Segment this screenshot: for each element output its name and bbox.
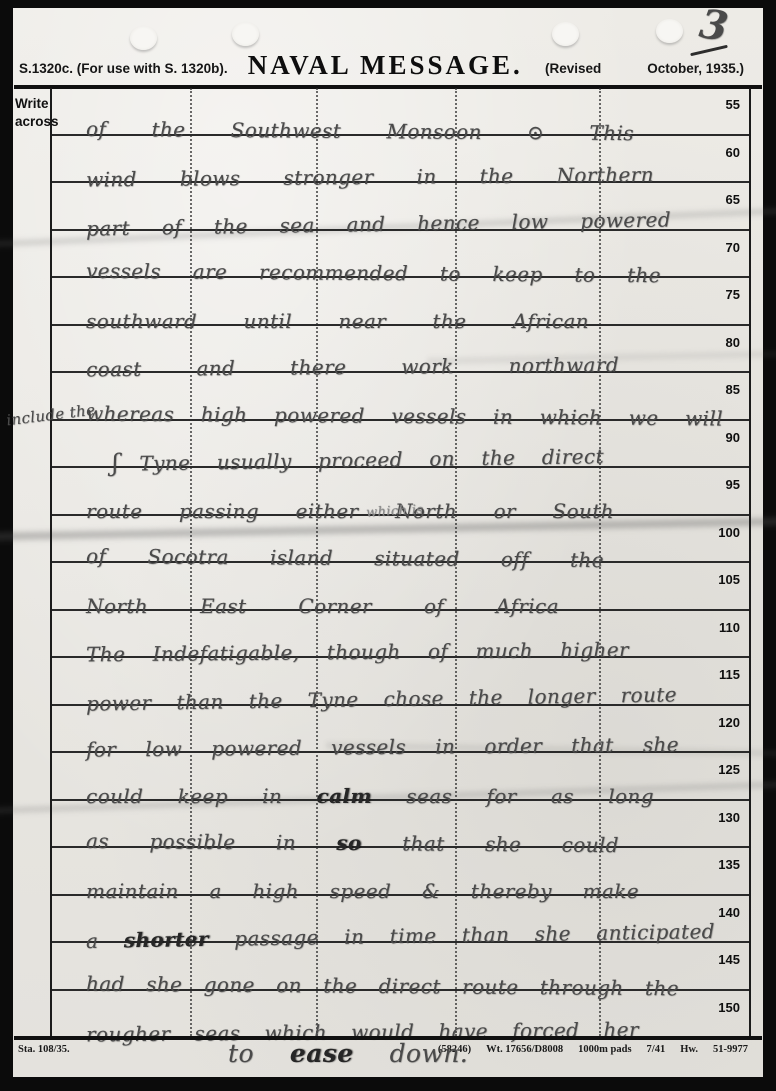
word: rougher bbox=[86, 1024, 171, 1045]
word: she bbox=[535, 923, 571, 944]
message-row: 135maintainahighspeed&therebymake bbox=[52, 848, 749, 896]
word: route bbox=[620, 684, 677, 705]
line-number: 95 bbox=[726, 477, 740, 492]
word: ease bbox=[290, 1039, 354, 1068]
message-row: 120forlowpoweredvesselsinorderthatshe bbox=[52, 706, 749, 754]
message-row: 55oftheSouthwestMonsoon⊙This bbox=[52, 88, 749, 136]
form-reference: S.1320c. (For use with S. 1320b). bbox=[19, 61, 228, 76]
message-row: 105NorthEastCornerofAfrica bbox=[52, 563, 749, 611]
line-number: 145 bbox=[718, 952, 740, 967]
message-table: 55oftheSouthwestMonsoon⊙This60windblowss… bbox=[50, 88, 751, 1036]
message-rows: 55oftheSouthwestMonsoon⊙This60windblowss… bbox=[52, 88, 749, 1036]
word: longer bbox=[528, 685, 596, 706]
footer-code-segment: Hw. bbox=[680, 1044, 698, 1055]
line-number: 100 bbox=[718, 525, 740, 540]
punch-hole bbox=[232, 22, 259, 46]
revised-date: October, 1935.) bbox=[647, 61, 744, 76]
footer-code-segment: 1000m pads bbox=[578, 1044, 631, 1055]
word: the bbox=[481, 448, 515, 469]
message-row: 90ʃTyneusuallyproceedonthedirectinclude … bbox=[52, 421, 749, 469]
footer-print-code: (58246)Wt. 17656/D80081000m pads7/41Hw.5… bbox=[438, 1044, 748, 1055]
word: to bbox=[228, 1039, 254, 1068]
message-row: 80coastandthereworknorthward bbox=[52, 326, 749, 374]
message-row: 85whereashighpoweredvesselsinwhichwewill bbox=[52, 373, 749, 421]
message-row: 65partoftheseaandhencelowpowered bbox=[52, 183, 749, 231]
message-row: 60windblowsstrongerintheNorthern bbox=[52, 136, 749, 184]
interline-insertion: which is bbox=[365, 502, 423, 520]
line-number: 150 bbox=[718, 1000, 740, 1015]
message-row: 145hadshegoneonthedirectroutethroughthe bbox=[52, 943, 749, 991]
line-number: 125 bbox=[718, 762, 740, 777]
line-number: 75 bbox=[726, 287, 740, 302]
scanned-naval-message-page: 3 S.1320c. (For use with S. 1320b). NAVA… bbox=[0, 0, 776, 1091]
line-number: 105 bbox=[718, 572, 740, 587]
footer-code-segment: 7/41 bbox=[647, 1044, 666, 1055]
line-number: 90 bbox=[726, 430, 740, 445]
word: on bbox=[429, 448, 455, 468]
line-number: 80 bbox=[726, 335, 740, 350]
write-across-label: Write across bbox=[15, 95, 55, 131]
line-number: 85 bbox=[726, 382, 740, 397]
word: powered bbox=[580, 209, 671, 230]
line-number: 140 bbox=[718, 905, 740, 920]
line-number: 55 bbox=[726, 97, 740, 112]
footer-code-segment: 51-9977 bbox=[713, 1044, 748, 1055]
line-number: 115 bbox=[719, 667, 740, 682]
line-number: 110 bbox=[719, 620, 740, 635]
message-row: 75southwarduntilneartheAfrican bbox=[52, 278, 749, 326]
line-number: 65 bbox=[726, 192, 740, 207]
word: than bbox=[462, 924, 510, 945]
message-row: 70vesselsarerecommendedtokeeptothe bbox=[52, 231, 749, 279]
form-title: NAVAL MESSAGE. bbox=[248, 50, 523, 81]
message-row: 110TheIndefatigable,thoughofmuchhigher bbox=[52, 611, 749, 659]
punch-hole bbox=[656, 19, 683, 43]
message-row: 140ashorterpassageintimethansheanticipat… bbox=[52, 896, 749, 944]
line-number: 60 bbox=[726, 145, 740, 160]
word: down. bbox=[390, 1039, 469, 1068]
message-row: 130aspossibleinsothatshecould bbox=[52, 801, 749, 849]
word: anticipated bbox=[596, 921, 715, 943]
footer-code-segment: Wt. 17656/D8008 bbox=[486, 1044, 563, 1055]
line-number: 135 bbox=[718, 857, 740, 872]
punch-hole bbox=[552, 22, 579, 46]
message-row: 100ofSocotraislandsituatedoffthewhich is bbox=[52, 516, 749, 564]
message-row: 125couldkeepincalmseasforaslong bbox=[52, 753, 749, 801]
write-across-line2: across bbox=[15, 113, 55, 131]
word: the bbox=[469, 687, 503, 708]
line-number: 130 bbox=[718, 810, 740, 825]
line-number: 120 bbox=[718, 715, 740, 730]
punch-hole bbox=[130, 26, 157, 50]
word: low bbox=[511, 211, 548, 232]
message-row: 115powerthantheTynechosethelongerroute bbox=[52, 658, 749, 706]
word: she bbox=[643, 734, 679, 754]
write-across-line1: Write bbox=[15, 95, 55, 113]
message-row: 150rougherseaswhichwouldhaveforcedher bbox=[52, 991, 749, 1037]
revised-label: (Revised bbox=[545, 61, 601, 76]
footer-stationery-code: Sta. 108/35. bbox=[18, 1044, 70, 1055]
line-number: 70 bbox=[726, 240, 740, 255]
overflow-handwriting: toeasedown. bbox=[228, 1039, 468, 1068]
word: direct bbox=[542, 446, 605, 467]
